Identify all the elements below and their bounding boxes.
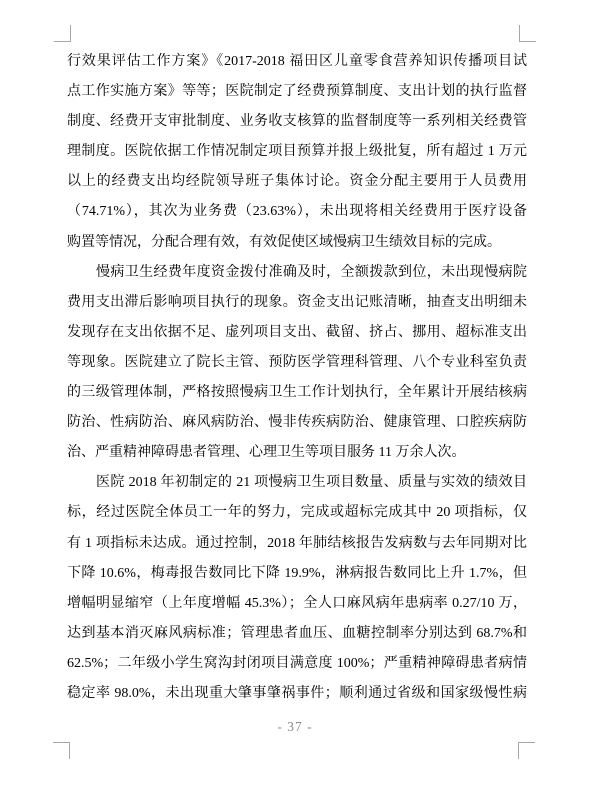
text-line: 有 1 项指标未达成。通过控制，2018 年肺结核报告发病数与去年同期对比 <box>67 529 527 559</box>
text-line: 治、严重精神障碍患者管理、心理卫生等项目服务 11 万余人次。 <box>67 438 527 468</box>
text-line: 以上的经费支出均经院领导班子集体讨论。资金分配主要用于人员费用 <box>67 167 527 197</box>
text-boundary-mark-bottom-right <box>518 742 535 759</box>
text-boundary-mark-top-left <box>54 25 71 42</box>
text-boundary-mark-bottom-left <box>53 742 70 759</box>
text-line: 稳定率 98.0%，未出现重大肇事肇祸事件；顺利通过省级和国家级慢性病 <box>67 679 527 709</box>
text-line: 点工作实施方案》等等；医院制定了经费预算制度、支出计划的执行监督 <box>67 77 527 107</box>
text-line: 购置等情况，分配合理有效，有效促使区域慢病卫生绩效目标的完成。 <box>67 228 527 258</box>
text-line: 理制度。医院依据工作情况制定项目预算并报上级批复，所有超过 1 万元 <box>67 137 527 167</box>
text-line: 费用支出滞后影响项目执行的现象。资金支出记账清晰，抽查支出明细未 <box>67 288 527 318</box>
text-line: （74.71%），其次为业务费（23.63%），未出现将相关经费用于医疗设备 <box>67 197 527 227</box>
text-line: 标，经过医院全体员工一年的努力，完成或超标完成其中 20 项指标，仅 <box>67 498 527 528</box>
text-line: 达到基本消灭麻风病标准；管理患者血压、血糖控制率分别达到 68.7%和 <box>67 619 527 649</box>
text-line: 的三级管理体制，严格按照慢病卫生工作计划执行，全年累计开展结核病 <box>67 378 527 408</box>
text-line: 制度、经费开支审批制度、业务收支核算的监督制度等一系列相关经费管 <box>67 107 527 137</box>
text-line: 增幅明显缩窄（上年度增幅 45.3%）；全人口麻风病年患病率 0.27/10 万… <box>67 589 527 619</box>
page-text: 行效果评估工作方案》《2017-2018 福田区儿童零食营养知识传播项目试 点工… <box>67 47 527 709</box>
document-page: 行效果评估工作方案》《2017-2018 福田区儿童零食营养知识传播项目试 点工… <box>0 0 590 796</box>
text-line: 医院 2018 年初制定的 21 项慢病卫生项目数量、质量与实效的绩效目 <box>67 468 527 498</box>
text-line: 防治、性病防治、麻风病防治、慢非传疾病防治、健康管理、口腔疾病防 <box>67 408 527 438</box>
page-number: - 37 - <box>0 719 590 735</box>
text-line: 62.5%；二年级小学生窝沟封闭项目满意度 100%；严重精神障碍患者病情 <box>67 649 527 679</box>
text-line: 等现象。医院建立了院长主管、预防医学管理科管理、八个专业科室负责 <box>67 348 527 378</box>
text-boundary-mark-top-right <box>519 25 536 42</box>
text-line: 行效果评估工作方案》《2017-2018 福田区儿童零食营养知识传播项目试 <box>67 47 527 77</box>
text-line: 下降 10.6%，梅毒报告数同比下降 19.9%，淋病报告数同比上升 1.7%，… <box>67 559 527 589</box>
text-line: 发现存在支出依据不足、虚列项目支出、截留、挤占、挪用、超标准支出 <box>67 318 527 348</box>
text-line: 慢病卫生经费年度资金拨付准确及时，全额拨款到位，未出现慢病院 <box>67 258 527 288</box>
